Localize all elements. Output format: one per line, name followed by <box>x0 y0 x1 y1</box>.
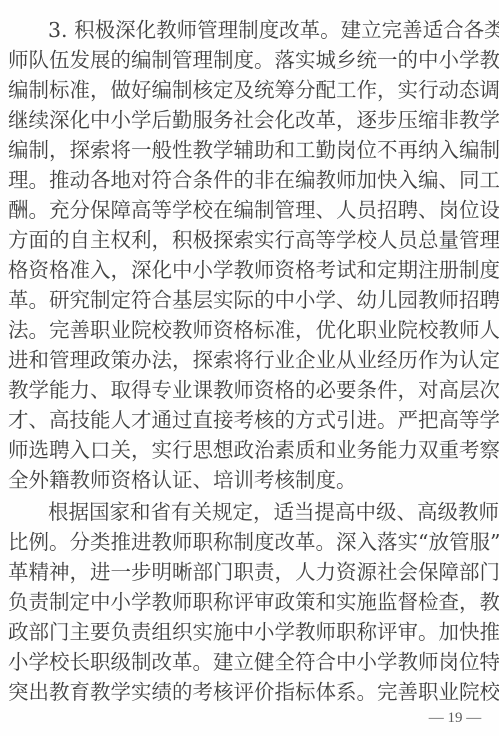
paragraph-1-line-4: 继续深化中小学后勤服务社会化改革，逐步压缩非教学人员 <box>8 105 492 135</box>
paragraph-2-line-6: 小学校长职级制改革。建立健全符合中小学教师岗位特点、 <box>8 647 492 677</box>
paragraph-1-line-1: 3. 积极深化教师管理制度改革。建立完善适合各类教 <box>48 15 492 45</box>
paragraph-1-line-12: 进和管理政策办法，探索将行业企业从业经历作为认定教育 <box>8 345 492 375</box>
paragraph-1-line-9: 格资格准入，深化中小学教师资格考试和定期注册制度改 <box>8 255 492 285</box>
paragraph-2-line-1: 根据国家和省有关规定，适当提高中级、高级教师岗位 <box>48 497 492 527</box>
paragraph-1-line-13: 教学能力、取得专业课教师资格的必要条件，对高层次人 <box>8 375 492 405</box>
paragraph-1-line-10: 革。研究制定符合基层实际的中小学、幼儿园教师招聘办 <box>8 285 492 315</box>
paragraph-2-line-5: 政部门主要负责组织实施中小学教师职称评审。加快推行中 <box>8 617 492 647</box>
paragraph-2-line-3: 革精神，进一步明晰部门职责，人力资源社会保障部门主要 <box>8 557 492 587</box>
page-number: — 19 — <box>420 708 490 728</box>
paragraph-2-line-7: 突出教育教学实绩的考核评价指标体系。完善职业院校教师 <box>8 677 492 707</box>
paragraph-1-line-14: 才、高技能人才通过直接考核的方式引进。严把高等学校教 <box>8 405 492 435</box>
paragraph-1-line-8: 方面的自主权利，积极探索实行高等学校人员总量管理。严 <box>8 225 492 255</box>
paragraph-2-line-2: 比例。分类推进教师职称制度改革。深入落实“放管服”改 <box>8 527 492 557</box>
paragraph-1-line-11: 法。完善职业院校教师资格标准，优化职业院校教师人才引 <box>8 315 492 345</box>
paragraph-1-line-7: 酬。充分保障高等学校在编制管理、人员招聘、岗位设置等 <box>8 195 492 225</box>
paragraph-1-line-6: 理。推动各地对符合条件的非在编教师加快入编、同工同 <box>8 165 492 195</box>
paragraph-1-line-5: 编制，探索将一般性教学辅助和工勤岗位不再纳入编制管 <box>8 135 492 165</box>
paragraph-1-line-15: 师选聘入口关，实行思想政治素质和业务能力双重考察。健 <box>8 435 492 465</box>
paragraph-1-line-16: 全外籍教师资格认证、培训考核制度。 <box>8 465 492 495</box>
paragraph-1-line-2: 师队伍发展的编制管理制度。落实城乡统一的中小学教职工 <box>8 45 492 75</box>
paragraph-2-line-4: 负责制定中小学教师职称评审政策和实施监督检查，教育行 <box>8 587 492 617</box>
document-page: 3. 积极深化教师管理制度改革。建立完善适合各类教 师队伍发展的编制管理制度。落… <box>0 0 499 736</box>
paragraph-1-line-3: 编制标准，做好编制核定及统筹分配工作，实行动态调整。 <box>8 75 492 105</box>
